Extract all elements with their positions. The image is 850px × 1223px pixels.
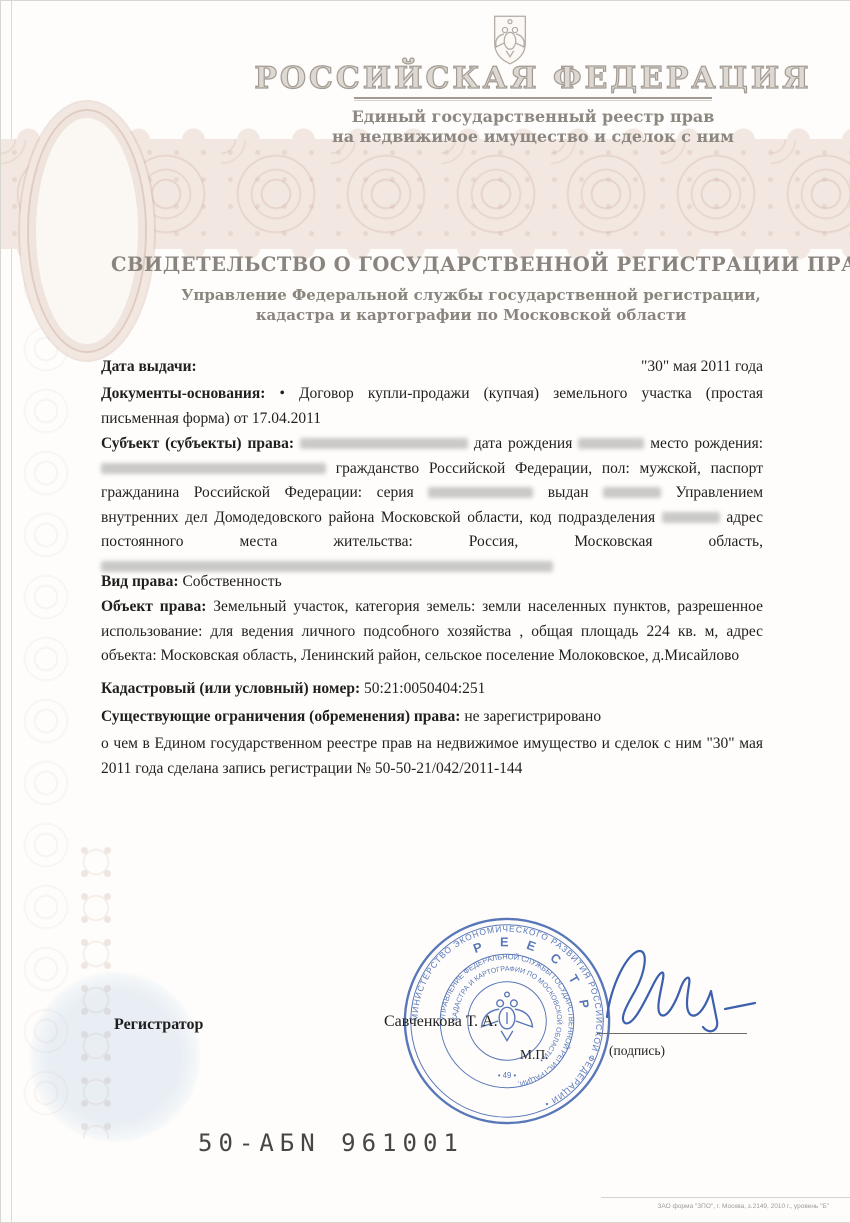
registrar-name: Савченкова Т. А. bbox=[384, 1013, 498, 1031]
blank-serial-number: 50-АБN 961001 bbox=[198, 1129, 464, 1157]
document-title: СВИДЕТЕЛЬСТВО О ГОСУДАРСТВЕННОЙ РЕГИСТРА… bbox=[111, 253, 831, 276]
subject-issued-label: выдан bbox=[548, 484, 589, 501]
right-kind-paragraph: Вид права: Собственность bbox=[101, 570, 763, 595]
subject-birthdate-label: дата рождения bbox=[474, 435, 572, 452]
form-footer-note: ЗАО форма "ЗПО", г. Москва, з.2149, 2010… bbox=[657, 1203, 829, 1210]
redacted-passport-series bbox=[428, 487, 533, 498]
redacted-birthplace bbox=[101, 463, 326, 474]
basis-paragraph: Документы-основания: • Договор купли-про… bbox=[101, 382, 763, 431]
restrictions-value: не зарегистрировано bbox=[464, 708, 601, 725]
cadastral-value: 50:21:0050404:251 bbox=[364, 680, 485, 697]
object-paragraph: Объект права: Земельный участок, категор… bbox=[101, 595, 763, 669]
authority-line-1: Управление Федеральной службы государств… bbox=[181, 286, 761, 304]
subject-paragraph: Субъект (субъекты) права: дата рождения … bbox=[101, 432, 763, 579]
redacted-passport-date bbox=[603, 487, 661, 498]
country-title: РОССИЙСКАЯ ФЕДЕРАЦИЯ bbox=[213, 61, 850, 96]
redacted-birthdate bbox=[578, 438, 644, 449]
issue-date-label: Дата выдачи: bbox=[101, 355, 197, 380]
issue-date-value: "30" мая 2011 года bbox=[641, 355, 763, 380]
issue-date-row: Дата выдачи: "30" мая 2011 года bbox=[101, 355, 763, 380]
title-block: СВИДЕТЕЛЬСТВО О ГОСУДАРСТВЕННОЙ РЕГИСТРА… bbox=[111, 253, 831, 326]
stamp-number: • 49 • bbox=[498, 1071, 517, 1080]
registry-line-1: Единый государственный реестр прав bbox=[213, 107, 850, 127]
header-divider bbox=[354, 97, 712, 101]
handwritten-signature bbox=[593, 939, 763, 1044]
subject-label: Субъект (субъекты) права: bbox=[101, 435, 294, 452]
authority-line-2: кадастра и картографии по Московской обл… bbox=[256, 306, 687, 324]
seal-mark-label: М.П. bbox=[520, 1047, 549, 1063]
scan-crease bbox=[601, 1197, 850, 1198]
document-header: РОССИЙСКАЯ ФЕДЕРАЦИЯ Единый государствен… bbox=[213, 61, 850, 147]
object-label: Объект права: bbox=[101, 598, 206, 615]
redacted-unit-code bbox=[662, 512, 720, 523]
registry-line-2: на недвижимое имущество и сделок с ним bbox=[213, 127, 850, 147]
subject-birthplace-label: место рождения: bbox=[650, 435, 763, 452]
right-kind-value: Собственность bbox=[182, 573, 281, 590]
cadastral-paragraph: Кадастровый (или условный) номер: 50:21:… bbox=[101, 677, 763, 702]
stamp-watermark bbox=[29, 971, 201, 1143]
restrictions-paragraph: Существующие ограничения (обременения) п… bbox=[101, 705, 763, 730]
restrictions-label: Существующие ограничения (обременения) п… bbox=[101, 708, 460, 725]
cadastral-label: Кадастровый (или условный) номер: bbox=[101, 680, 360, 697]
record-paragraph: о чем в Едином государственном реестре п… bbox=[101, 732, 763, 781]
certificate-page: РОССИЙСКАЯ ФЕДЕРАЦИЯ Единый государствен… bbox=[0, 0, 850, 1223]
signature-caption: (подпись) bbox=[609, 1043, 665, 1059]
registrator-label: Регистратор bbox=[114, 1016, 203, 1034]
issuing-authority: Управление Федеральной службы государств… bbox=[111, 285, 831, 326]
basis-label: Документы-основания: bbox=[101, 385, 265, 402]
redacted-subject-name bbox=[300, 438, 468, 449]
right-kind-label: Вид права: bbox=[101, 573, 179, 590]
